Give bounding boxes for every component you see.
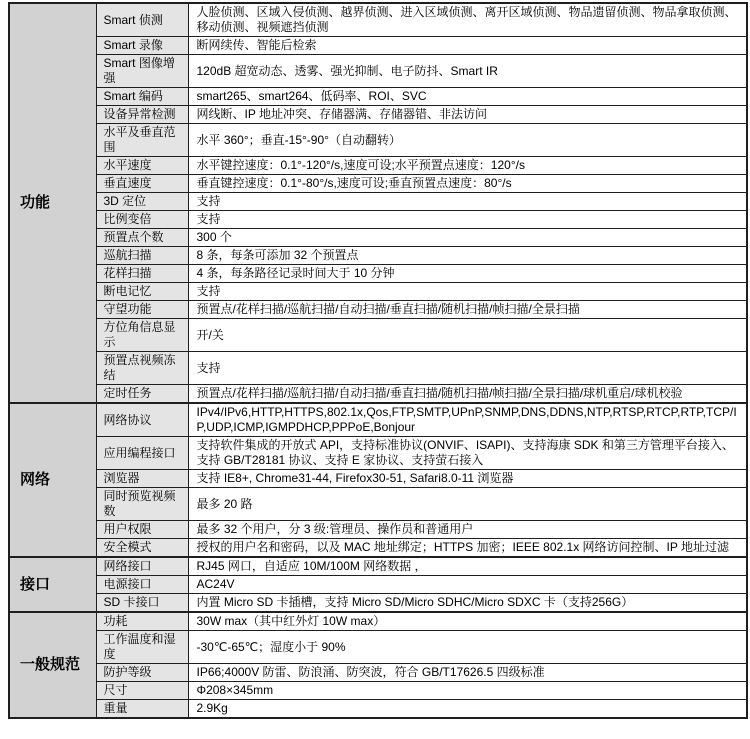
spec-value-cell: 支持 xyxy=(188,193,747,211)
spec-value-cell: 4 条，每条路径记录时间大于 10 分钟 xyxy=(188,265,747,283)
spec-label-cell: 同时预览视频数 xyxy=(96,488,188,521)
category-cell: 一般规范 xyxy=(9,612,96,718)
spec-label-cell: 预置点视频冻结 xyxy=(96,352,188,385)
spec-label-cell: SD 卡接口 xyxy=(96,594,188,613)
spec-label-cell: 电源接口 xyxy=(96,576,188,594)
spec-row: 水平速度水平键控速度：0.1°-120°/s,速度可设;水平预置点速度：120°… xyxy=(9,157,747,175)
spec-section: 功能Smart 侦测人脸侦测、区域入侵侦测、越界侦测、进入区域侦测、离开区域侦测… xyxy=(9,3,747,403)
spec-value-cell: 水平 360°；垂直-15°-90°（自动翻转） xyxy=(188,124,747,157)
spec-value-cell: 支持软件集成的开放式 API，支持标准协议(ONVIF、ISAPI)、支持海康 … xyxy=(188,437,747,470)
spec-row: 花样扫描4 条，每条路径记录时间大于 10 分钟 xyxy=(9,265,747,283)
spec-label-cell: 网络接口 xyxy=(96,557,188,576)
spec-row: 接口网络接口RJ45 网口，自适应 10M/100M 网络数据 ， xyxy=(9,557,747,576)
spec-label-cell: 功耗 xyxy=(96,612,188,631)
spec-value-cell: 垂直键控速度：0.1°-80°/s,速度可设;垂直预置点速度：80°/s xyxy=(188,175,747,193)
spec-label-cell: 水平速度 xyxy=(96,157,188,175)
spec-value-cell: 网线断、IP 地址冲突、存储器满、存储器错、非法访问 xyxy=(188,106,747,124)
spec-label-cell: 工作温度和湿度 xyxy=(96,631,188,664)
spec-row: 同时预览视频数最多 20 路 xyxy=(9,488,747,521)
spec-value-cell: 人脸侦测、区域入侵侦测、越界侦测、进入区域侦测、离开区域侦测、物品遗留侦测、物品… xyxy=(188,3,747,37)
spec-row: 断电记忆支持 xyxy=(9,283,747,301)
spec-label-cell: 比例变倍 xyxy=(96,211,188,229)
spec-label-cell: 巡航扫描 xyxy=(96,247,188,265)
spec-row: 一般规范功耗30W max（其中红外灯 10W max） xyxy=(9,612,747,631)
spec-label-cell: 守望功能 xyxy=(96,301,188,319)
spec-label-cell: 3D 定位 xyxy=(96,193,188,211)
spec-value-cell: 最多 20 路 xyxy=(188,488,747,521)
spec-label-cell: 预置点个数 xyxy=(96,229,188,247)
spec-table: 功能Smart 侦测人脸侦测、区域入侵侦测、越界侦测、进入区域侦测、离开区域侦测… xyxy=(8,2,748,719)
spec-page: 功能Smart 侦测人脸侦测、区域入侵侦测、越界侦测、进入区域侦测、离开区域侦测… xyxy=(0,0,750,739)
spec-section: 接口网络接口RJ45 网口，自适应 10M/100M 网络数据 ，电源接口AC2… xyxy=(9,557,747,612)
spec-row: 垂直速度垂直键控速度：0.1°-80°/s,速度可设;垂直预置点速度：80°/s xyxy=(9,175,747,193)
spec-label-cell: 定时任务 xyxy=(96,385,188,404)
spec-row: 安全模式授权的用户名和密码，以及 MAC 地址绑定；HTTPS 加密；IEEE … xyxy=(9,539,747,558)
spec-value-cell: 300 个 xyxy=(188,229,747,247)
spec-row: 尺寸Φ208×345mm xyxy=(9,682,747,700)
spec-value-cell: 支持 xyxy=(188,283,747,301)
spec-row: 方位角信息显示开/关 xyxy=(9,319,747,352)
spec-value-cell: Φ208×345mm xyxy=(188,682,747,700)
spec-row: 3D 定位支持 xyxy=(9,193,747,211)
spec-value-cell: IPv4/IPv6,HTTP,HTTPS,802.1x,Qos,FTP,SMTP… xyxy=(188,403,747,437)
spec-value-cell: 支持 xyxy=(188,352,747,385)
spec-row: 比例变倍支持 xyxy=(9,211,747,229)
spec-row: Smart 录像断网续传、智能后检索 xyxy=(9,37,747,55)
category-cell: 功能 xyxy=(9,3,96,403)
spec-label-cell: 应用编程接口 xyxy=(96,437,188,470)
spec-label-cell: 防护等级 xyxy=(96,664,188,682)
spec-section: 网络网络协议IPv4/IPv6,HTTP,HTTPS,802.1x,Qos,FT… xyxy=(9,403,747,557)
spec-label-cell: Smart 图像增强 xyxy=(96,55,188,88)
spec-label-cell: 用户权限 xyxy=(96,521,188,539)
spec-value-cell: 内置 Micro SD 卡插槽，支持 Micro SD/Micro SDHC/M… xyxy=(188,594,747,613)
spec-label-cell: 浏览器 xyxy=(96,470,188,488)
spec-value-cell: 断网续传、智能后检索 xyxy=(188,37,747,55)
spec-value-cell: 120dB 超宽动态、透雾、强光抑制、电子防抖、Smart IR xyxy=(188,55,747,88)
spec-label-cell: Smart 录像 xyxy=(96,37,188,55)
spec-value-cell: IP66;4000V 防雷、防浪涌、防突波，符合 GB/T17626.5 四级标… xyxy=(188,664,747,682)
spec-row: 设备异常检测网线断、IP 地址冲突、存储器满、存储器错、非法访问 xyxy=(9,106,747,124)
spec-row: 守望功能预置点/花样扫描/巡航扫描/自动扫描/垂直扫描/随机扫描/帧扫描/全景扫… xyxy=(9,301,747,319)
spec-value-cell: 水平键控速度：0.1°-120°/s,速度可设;水平预置点速度：120°/s xyxy=(188,157,747,175)
spec-row: 防护等级IP66;4000V 防雷、防浪涌、防突波，符合 GB/T17626.5… xyxy=(9,664,747,682)
spec-row: 预置点视频冻结支持 xyxy=(9,352,747,385)
spec-row: 浏览器支持 IE8+, Chrome31-44, Firefox30-51, S… xyxy=(9,470,747,488)
spec-row: 网络网络协议IPv4/IPv6,HTTP,HTTPS,802.1x,Qos,FT… xyxy=(9,403,747,437)
spec-label-cell: Smart 编码 xyxy=(96,88,188,106)
spec-value-cell: 授权的用户名和密码，以及 MAC 地址绑定；HTTPS 加密；IEEE 802.… xyxy=(188,539,747,558)
spec-value-cell: 30W max（其中红外灯 10W max） xyxy=(188,612,747,631)
spec-value-cell: 开/关 xyxy=(188,319,747,352)
spec-row: 巡航扫描8 条，每条可添加 32 个预置点 xyxy=(9,247,747,265)
spec-row: Smart 编码smart265、smart264、低码率、ROI、SVC xyxy=(9,88,747,106)
spec-label-cell: 网络协议 xyxy=(96,403,188,437)
spec-label-cell: 花样扫描 xyxy=(96,265,188,283)
spec-value-cell: RJ45 网口，自适应 10M/100M 网络数据 ， xyxy=(188,557,747,576)
category-cell: 接口 xyxy=(9,557,96,612)
spec-value-cell: 预置点/花样扫描/巡航扫描/自动扫描/垂直扫描/随机扫描/帧扫描/全景扫描 xyxy=(188,301,747,319)
spec-value-cell: -30℃-65℃；湿度小于 90% xyxy=(188,631,747,664)
spec-row: 水平及垂直范围水平 360°；垂直-15°-90°（自动翻转） xyxy=(9,124,747,157)
spec-value-cell: 2.9Kg xyxy=(188,700,747,719)
spec-row: 预置点个数300 个 xyxy=(9,229,747,247)
spec-row: 电源接口AC24V xyxy=(9,576,747,594)
spec-label-cell: 方位角信息显示 xyxy=(96,319,188,352)
spec-row: 重量2.9Kg xyxy=(9,700,747,719)
spec-row: Smart 图像增强120dB 超宽动态、透雾、强光抑制、电子防抖、Smart … xyxy=(9,55,747,88)
spec-value-cell: 支持 IE8+, Chrome31-44, Firefox30-51, Safa… xyxy=(188,470,747,488)
spec-label-cell: 设备异常检测 xyxy=(96,106,188,124)
spec-row: 应用编程接口支持软件集成的开放式 API，支持标准协议(ONVIF、ISAPI)… xyxy=(9,437,747,470)
spec-label-cell: 水平及垂直范围 xyxy=(96,124,188,157)
spec-row: 定时任务预置点/花样扫描/巡航扫描/自动扫描/垂直扫描/随机扫描/帧扫描/全景扫… xyxy=(9,385,747,404)
spec-value-cell: AC24V xyxy=(188,576,747,594)
spec-value-cell: 支持 xyxy=(188,211,747,229)
spec-label-cell: Smart 侦测 xyxy=(96,3,188,37)
spec-row: 用户权限最多 32 个用户，分 3 级:管理员、操作员和普通用户 xyxy=(9,521,747,539)
spec-row: 工作温度和湿度-30℃-65℃；湿度小于 90% xyxy=(9,631,747,664)
spec-label-cell: 安全模式 xyxy=(96,539,188,558)
spec-value-cell: smart265、smart264、低码率、ROI、SVC xyxy=(188,88,747,106)
spec-value-cell: 最多 32 个用户，分 3 级:管理员、操作员和普通用户 xyxy=(188,521,747,539)
spec-row: SD 卡接口内置 Micro SD 卡插槽，支持 Micro SD/Micro … xyxy=(9,594,747,613)
spec-row: 功能Smart 侦测人脸侦测、区域入侵侦测、越界侦测、进入区域侦测、离开区域侦测… xyxy=(9,3,747,37)
spec-label-cell: 垂直速度 xyxy=(96,175,188,193)
spec-label-cell: 重量 xyxy=(96,700,188,719)
spec-label-cell: 断电记忆 xyxy=(96,283,188,301)
spec-value-cell: 预置点/花样扫描/巡航扫描/自动扫描/垂直扫描/随机扫描/帧扫描/全景扫描/球机… xyxy=(188,385,747,404)
spec-label-cell: 尺寸 xyxy=(96,682,188,700)
category-cell: 网络 xyxy=(9,403,96,557)
spec-value-cell: 8 条，每条可添加 32 个预置点 xyxy=(188,247,747,265)
spec-section: 一般规范功耗30W max（其中红外灯 10W max）工作温度和湿度-30℃-… xyxy=(9,612,747,718)
